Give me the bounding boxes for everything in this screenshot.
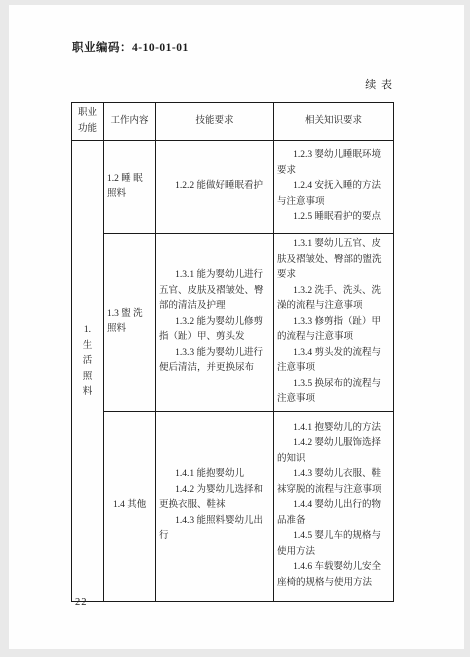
- cell-skills-other: 1.4.1 能抱婴幼儿 1.4.2 为婴幼儿选择和更换衣服、鞋袜 1.4.3 能…: [156, 411, 274, 601]
- cell-knowledge-sleep: 1.2.3 婴幼儿睡眠环境要求 1.2.4 安抚入睡的方法与注意事项 1.2.5…: [274, 141, 394, 234]
- header-skill-requirements: 技能要求: [156, 103, 274, 141]
- page-number: 22: [75, 597, 88, 608]
- knowledge-item: 1.2.3 婴幼儿睡眠环境要求: [277, 148, 389, 179]
- knowledge-item: 1.3.5 换尿布的流程与注意事项: [277, 377, 389, 408]
- skill-item: 1.4.3 能照料婴幼儿出行: [159, 514, 269, 545]
- table-header-row: 职业 功能 工作内容 技能要求 相关知识要求: [72, 103, 394, 141]
- knowledge-item: 1.4.4 婴幼儿出行的物品准备: [277, 498, 389, 529]
- cell-work-content-washing: 1.3 盥 洗 照料: [104, 234, 156, 412]
- vertical-function-label: 1. 生 活 照 料: [83, 323, 93, 401]
- continued-table-label: 续 表: [71, 76, 393, 92]
- occupational-standard-table: 职业 功能 工作内容 技能要求 相关知识要求 1. 生 活 照 料 1.2 睡 …: [71, 102, 394, 602]
- skill-item: 1.4.1 能抱婴幼儿: [159, 467, 269, 483]
- cell-skills-sleep: 1.2.2 能做好睡眠看护: [156, 141, 274, 234]
- skill-item: 1.3.1 能为婴幼儿进行五官、皮肤及褶皱处、臀部的清洁及护理: [159, 268, 269, 315]
- skill-item: 1.3.2 能为婴幼儿修剪指（趾）甲、剪头发: [159, 315, 269, 346]
- header-work-content: 工作内容: [104, 103, 156, 141]
- knowledge-item: 1.3.3 修剪指（趾）甲的流程与注意事项: [277, 315, 389, 346]
- cell-work-content-sleep: 1.2 睡 眠 照料: [104, 141, 156, 234]
- table-row-washing-care: 1.3 盥 洗 照料 1.3.1 能为婴幼儿进行五官、皮肤及褶皱处、臀部的清洁及…: [72, 234, 394, 412]
- knowledge-item: 1.4.3 婴幼儿衣服、鞋袜穿脱的流程与注意事项: [277, 467, 389, 498]
- table-row-other-care: 1.4 其他 1.4.1 能抱婴幼儿 1.4.2 为婴幼儿选择和更换衣服、鞋袜 …: [72, 411, 394, 601]
- skill-item: 1.4.2 为婴幼儿选择和更换衣服、鞋袜: [159, 483, 269, 514]
- knowledge-item: 1.2.4 安抚入睡的方法与注意事项: [277, 179, 389, 210]
- knowledge-item: 1.3.4 剪头发的流程与注意事项: [277, 346, 389, 377]
- header-knowledge-requirements: 相关知识要求: [274, 103, 394, 141]
- skill-item: 1.3.3 能为婴幼儿进行便后清洁，并更换尿布: [159, 346, 269, 377]
- skill-item: 1.2.2 能做好睡眠看护: [159, 179, 269, 195]
- cell-knowledge-washing: 1.3.1 婴幼儿五官、皮肤及褶皱处、臀部的盥洗要求 1.3.2 洗手、洗头、洗…: [274, 234, 394, 412]
- document-page: 职业编码：4-10-01-01 续 表 职业 功能 工作内容 技能要求 相关知识…: [9, 5, 464, 649]
- knowledge-item: 1.4.5 婴儿车的规格与使用方法: [277, 529, 389, 560]
- cell-occupation-function-life-care: 1. 生 活 照 料: [72, 141, 104, 602]
- knowledge-item: 1.4.1 抱婴幼儿的方法: [277, 421, 389, 437]
- knowledge-item: 1.3.2 洗手、洗头、洗澡的流程与注意事项: [277, 284, 389, 315]
- header-occupation-function: 职业 功能: [72, 103, 104, 141]
- table-row-sleep-care: 1. 生 活 照 料 1.2 睡 眠 照料 1.2.2 能做好睡眠看护 1.2.…: [72, 141, 394, 234]
- cell-knowledge-other: 1.4.1 抱婴幼儿的方法 1.4.2 婴幼儿服饰选择的知识 1.4.3 婴幼儿…: [274, 411, 394, 601]
- knowledge-item: 1.3.1 婴幼儿五官、皮肤及褶皱处、臀部的盥洗要求: [277, 237, 389, 284]
- cell-work-content-other: 1.4 其他: [104, 411, 156, 601]
- cell-skills-washing: 1.3.1 能为婴幼儿进行五官、皮肤及褶皱处、臀部的清洁及护理 1.3.2 能为…: [156, 234, 274, 412]
- knowledge-item: 1.4.6 车载婴幼儿安全座椅的规格与使用方法: [277, 560, 389, 591]
- knowledge-item: 1.4.2 婴幼儿服饰选择的知识: [277, 436, 389, 467]
- knowledge-item: 1.2.5 睡眠看护的要点: [277, 210, 389, 226]
- occupation-code-heading: 职业编码：4-10-01-01: [72, 39, 189, 55]
